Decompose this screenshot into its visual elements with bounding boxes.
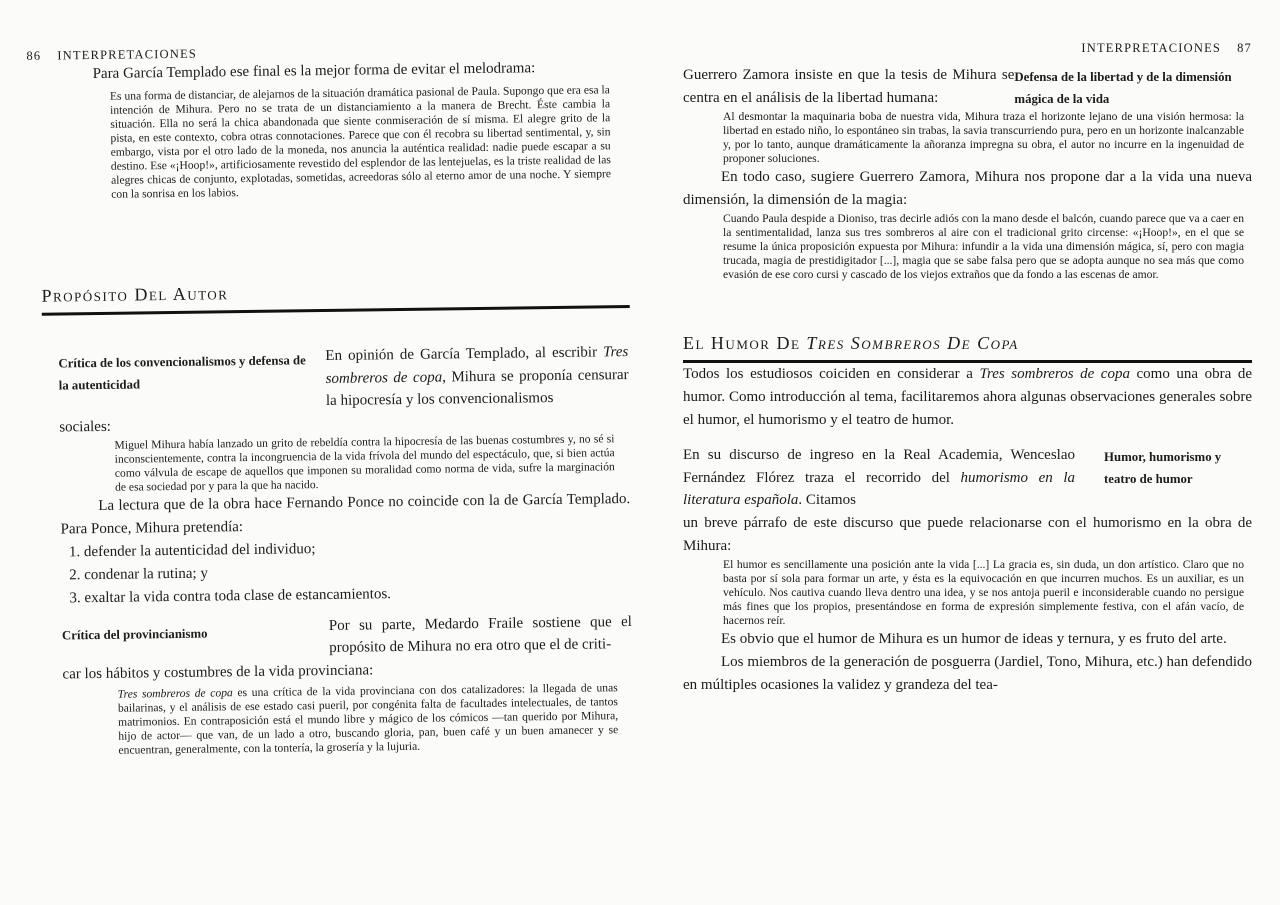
quote-fraile-title-italic: Tres sombreros de copa [118, 686, 233, 701]
quote-fraile: Tres sombreros de copa es una crítica de… [118, 681, 619, 758]
quote-mihura-rebeldia: Miguel Mihura había lanzado un grito de … [114, 432, 615, 495]
para-discurso-post: . Citamos [798, 492, 856, 508]
right-running-title: INTERPRETACIONES [1081, 40, 1221, 56]
para-obvio: Es obvio que el humor de Mihura es un hu… [683, 628, 1252, 651]
para-discurso-cont: un breve párrafo de este discurso que pu… [683, 512, 1252, 558]
para-opinion-pre: En opinión de García Templado, al escrib… [325, 344, 603, 364]
section-heading-proposito: Propósito Del Autor [41, 277, 627, 307]
left-page: 86 INTERPRETACIONES Para García Templado… [0, 0, 640, 905]
left-running-title: INTERPRETACIONES [57, 46, 197, 64]
para-discurso: En su discurso de ingreso en la Real Aca… [683, 444, 1075, 512]
para-miembros: Los miembros de la generación de posguer… [683, 651, 1252, 697]
left-page-content: 86 INTERPRETACIONES Para García Templado… [54, 40, 633, 758]
quote-garcia-templado: Es una forma de distanciar, de alejarnos… [110, 83, 611, 202]
section-heading-humor-pre: El Humor De [683, 333, 806, 353]
row-provincianismo: Crítica del provincianismo Por su parte,… [62, 611, 633, 663]
left-page-number: 86 [26, 48, 41, 64]
margin-note-humorismo: Humor, humorismo y teatro de humor [1104, 444, 1252, 512]
row-zamora: Guerrero Zamora insiste en que la tesis … [683, 64, 1252, 110]
margin-note-libertad: Defensa de la libertad y de la dimensión… [1014, 64, 1252, 110]
para-ponce: La lectura que de la obra hace Fernando … [60, 488, 631, 541]
quote-desmontar: Al desmontar la maquinaria boba de nuest… [723, 110, 1244, 166]
margin-note-provincianismo: Crítica del provincianismo [62, 615, 318, 663]
row-discurso: En su discurso de ingreso en la Real Aca… [683, 444, 1252, 512]
para-zamora: Guerrero Zamora insiste en que la tesis … [683, 64, 1014, 110]
margin-note-convencionalismos: Crítica de los convencionalismos y defen… [58, 345, 314, 416]
right-page: INTERPRETACIONES 87 Guerrero Zamora insi… [640, 0, 1280, 905]
para-opinion: En opinión de García Templado, al escrib… [325, 341, 629, 412]
right-page-number: 87 [1237, 40, 1252, 56]
section-heading-humor-italic: Tres Sombreros De Copa [806, 333, 1018, 353]
section-heading-proposito-text: Propósito Del Autor [41, 283, 228, 305]
quote-humor-posicion: El humor es sencillamente una posición a… [723, 558, 1244, 628]
para-todos: Todos los estudiosos coiciden en conside… [683, 363, 1252, 432]
ponce-list: 1. defender la autenticidad del individu… [69, 534, 632, 610]
section-rule-proposito [42, 305, 630, 316]
para-todos-pre: Todos los estudiosos coiciden en conside… [683, 366, 979, 382]
para-magia: En todo caso, sugiere Guerrero Zamora, M… [683, 166, 1252, 212]
quote-paula: Cuando Paula despide a Dioniso, tras dec… [723, 212, 1244, 282]
row-convencionalismos: Crítica de los convencionalismos y defen… [58, 341, 629, 416]
section-heading-humor: El Humor De Tres Sombreros De Copa [683, 332, 1252, 354]
para-todos-title-italic: Tres sombreros de copa [979, 366, 1130, 382]
para-fraile: Por su parte, Medardo Fraile sostiene qu… [329, 611, 633, 660]
right-running-head: INTERPRETACIONES 87 [683, 40, 1252, 56]
